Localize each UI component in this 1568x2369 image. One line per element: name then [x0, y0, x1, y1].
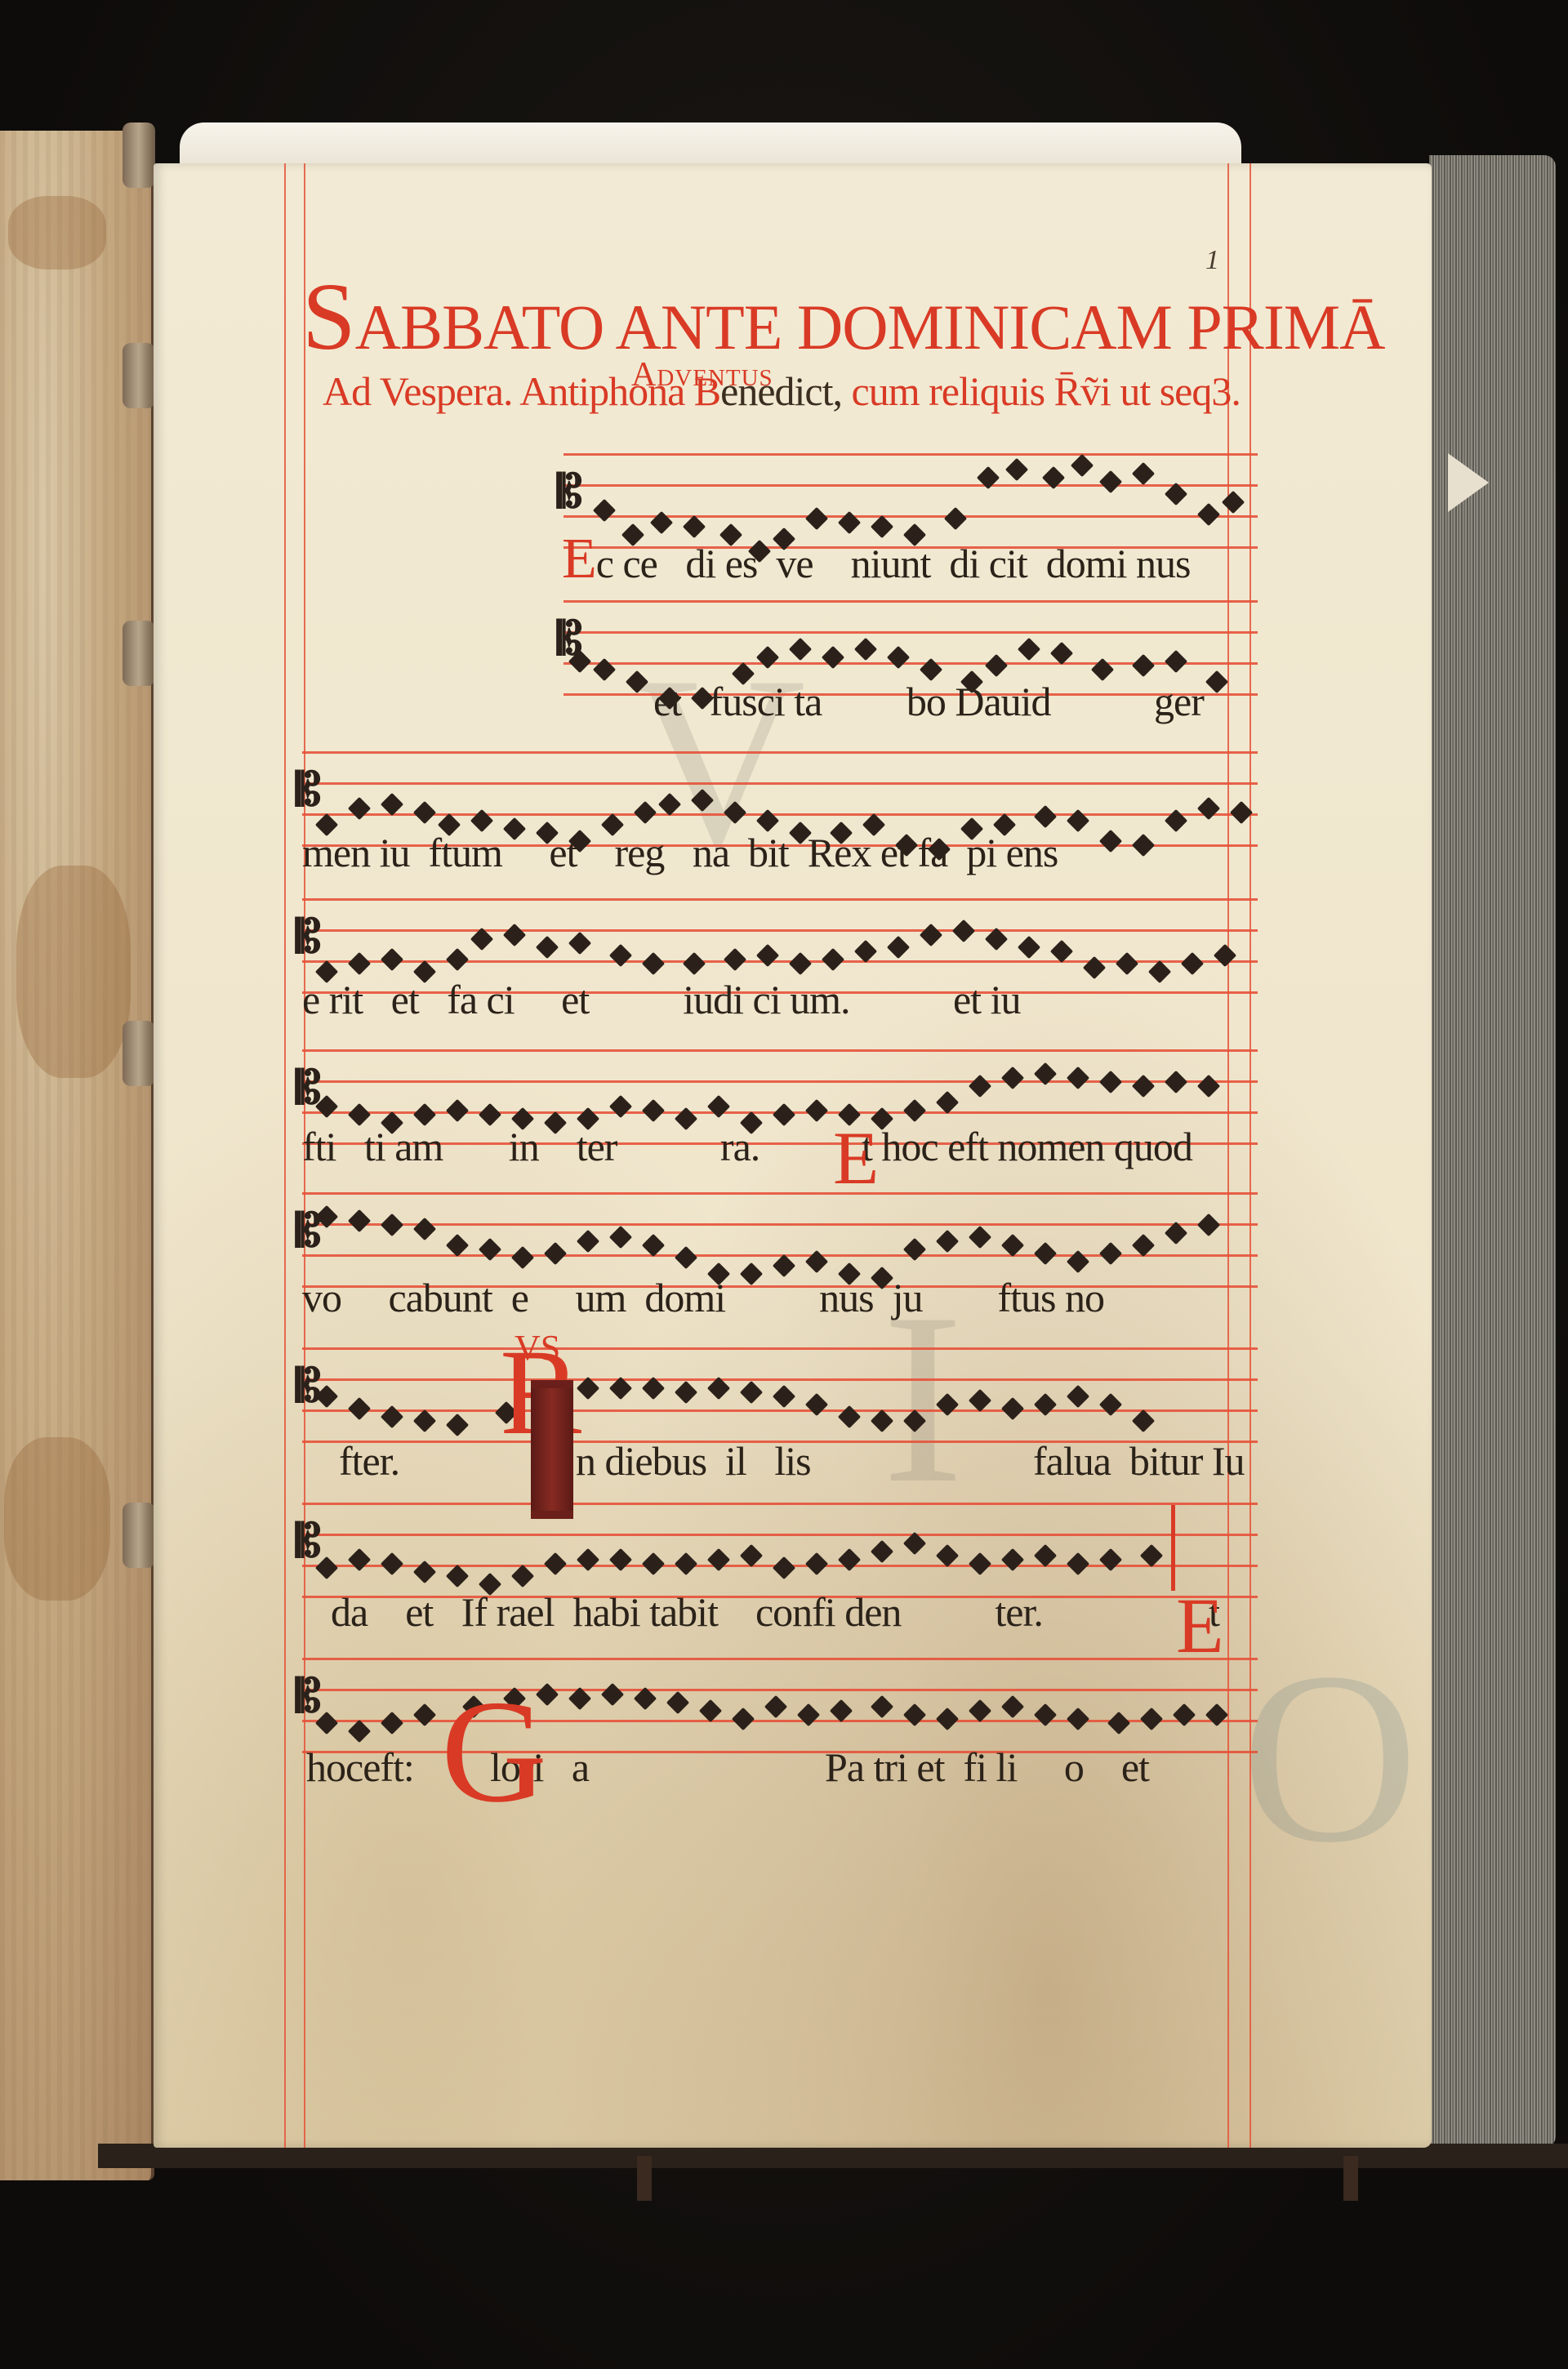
- neume-note: [1099, 1548, 1122, 1571]
- lyric-text: vo cabunt e um domi nus ju ftus no: [302, 1275, 1104, 1320]
- section-bar-red: [1171, 1505, 1175, 1591]
- neume-note: [903, 1238, 926, 1261]
- neume-note: [969, 1552, 991, 1575]
- neume-note: [675, 1381, 697, 1404]
- staff-line: [563, 453, 1258, 456]
- rubric-suffix: cum reliquis R̄ṽi ut seq3.: [842, 368, 1241, 414]
- neume-note: [381, 948, 403, 971]
- cradle-peg: [1343, 2156, 1358, 2201]
- neume-note: [1107, 1712, 1130, 1734]
- neume-note: [1067, 1066, 1089, 1089]
- neume-note: [544, 1552, 567, 1575]
- rubric-mid: espera. Antiphona B: [403, 368, 720, 414]
- neume-note: [822, 646, 844, 669]
- spine-headband: [122, 122, 155, 188]
- neume-note: [609, 944, 632, 967]
- neume-note: [1018, 936, 1040, 959]
- neume-note: [658, 793, 681, 816]
- lyric-text: e rit et fa ci et iudi ci um. et iu: [302, 977, 1020, 1022]
- staff-line: [563, 600, 1258, 603]
- neume-note: [1099, 1071, 1122, 1093]
- neume-note: [732, 1708, 755, 1730]
- lyric-line: Pa tri et fi li o et: [825, 1743, 1149, 1791]
- lyric-line: n diebus il lis: [576, 1437, 811, 1485]
- neume-note: [1148, 960, 1171, 983]
- staff-line: [302, 782, 1258, 785]
- neume-note: [1165, 1071, 1187, 1093]
- lyric-text: falua bitur Iu: [1033, 1438, 1245, 1484]
- neume-note: [479, 1238, 501, 1261]
- neume-note: [1132, 1409, 1155, 1432]
- neume-note: [936, 1230, 959, 1253]
- neume-note: [903, 1703, 926, 1726]
- staff-line: [302, 1223, 1258, 1226]
- neume-note: [1132, 1234, 1155, 1257]
- neume-note: [348, 952, 371, 975]
- neume-note: [1205, 670, 1228, 693]
- neume-note: [936, 1091, 959, 1114]
- neume-note: [1099, 470, 1122, 493]
- neume-note: [936, 1544, 959, 1567]
- staff-line: [302, 929, 1258, 932]
- neume-note: [773, 1103, 795, 1126]
- neume-note: [1197, 503, 1220, 526]
- neume-note: [577, 1230, 599, 1253]
- neume-note: [920, 924, 942, 946]
- neume-note: [634, 801, 657, 824]
- lyric-line: Ec ce di es ve niunt di cit domi nus: [562, 527, 1190, 592]
- neume-note: [536, 936, 559, 959]
- title-text: ABBATO ANTE DOMINICAM PRIMĀ: [355, 292, 1385, 363]
- spine-band: [122, 621, 155, 686]
- neume-note: [446, 948, 469, 971]
- neume-note: [1140, 1708, 1163, 1730]
- neume-note: [1165, 650, 1187, 673]
- lyric-line: da et If rael habi tabit confi den ter.: [331, 1588, 1043, 1636]
- neume-note: [969, 1226, 991, 1249]
- verse-initial-I: [531, 1380, 573, 1519]
- cover-stain: [4, 1437, 110, 1601]
- page-title: SABBATO ANTE DOMINICAM PRIMĀ: [302, 261, 1282, 372]
- neume-note: [1018, 638, 1040, 661]
- neume-note: [1001, 1234, 1024, 1257]
- lyric-line: fti ti am in ter ra.: [302, 1123, 759, 1170]
- lyric-text: da et If rael habi tabit confi den ter.: [331, 1589, 1043, 1635]
- neume-note: [699, 1699, 722, 1722]
- neume-note: [1099, 830, 1122, 853]
- neume-note: [381, 1552, 403, 1575]
- lyric-line: vo cabunt e um domi nus ju ftus no: [302, 1274, 1104, 1321]
- staff-line: [302, 1347, 1258, 1350]
- lyric-text: hoceft:: [306, 1744, 414, 1790]
- spine-band: [122, 1021, 155, 1086]
- neume-note: [1132, 654, 1155, 677]
- neume-note: [773, 1385, 795, 1408]
- neume-note: [381, 793, 403, 816]
- neume-note: [854, 638, 877, 661]
- lyric-line: falua bitur Iu: [1033, 1437, 1245, 1485]
- cover-stain: [8, 196, 106, 269]
- lyric-initial: E: [562, 528, 596, 590]
- neume-note: [577, 1548, 599, 1571]
- neume-note: [707, 1548, 730, 1571]
- neume-note: [952, 920, 975, 942]
- neume-note: [1067, 1552, 1089, 1575]
- neume-note: [1034, 1393, 1057, 1416]
- margin-rule-left: [284, 163, 286, 2148]
- neume-note: [1001, 1695, 1024, 1718]
- neume-note: [830, 1699, 853, 1722]
- clef-icon: 𝄡: [296, 768, 321, 813]
- clef-icon: 𝄡: [296, 1519, 321, 1565]
- neume-note: [740, 1544, 763, 1567]
- neume-note: [871, 1409, 893, 1432]
- cradle-peg: [637, 2156, 652, 2201]
- neume-note: [381, 1213, 403, 1236]
- spine-band: [122, 1503, 155, 1568]
- et-initial-red: E: [833, 1115, 879, 1201]
- neume-note: [446, 1414, 469, 1436]
- neume-note: [1132, 1075, 1155, 1098]
- neume-note: [887, 936, 910, 959]
- lyric-line: e rit et fa ci et iudi ci um. et iu: [302, 976, 1020, 1023]
- lyric-line: et fusci ta bo Dauid ger: [653, 678, 1204, 725]
- neume-note: [1132, 834, 1155, 857]
- neume-note: [1222, 491, 1245, 514]
- neume-note: [871, 1540, 893, 1563]
- lyric-line: men iu ftum et reg na bit Rex et fa pi e…: [302, 829, 1058, 876]
- rubric-benedict: enedict,: [720, 368, 842, 414]
- neume-note: [642, 1552, 665, 1575]
- neume-note: [1034, 805, 1057, 828]
- neume-note: [805, 1099, 828, 1122]
- lyric-text: n diebus il lis: [576, 1438, 811, 1484]
- neume-note: [1071, 454, 1094, 477]
- rubric-prefix: Ad V: [323, 368, 403, 414]
- lyric-text: men iu ftum et reg na bit Rex et fa pi e…: [302, 830, 1058, 875]
- neume-note: [822, 948, 844, 971]
- staff-line: [302, 1503, 1258, 1505]
- lyric-text: c ce di es ve niunt di cit domi nus: [596, 541, 1191, 586]
- neume-note: [626, 670, 648, 693]
- neume-note: [642, 1099, 665, 1122]
- neume-note: [1034, 1242, 1057, 1265]
- verse-mark: VS: [514, 1327, 560, 1369]
- lyric-text: fti ti am in ter ra.: [302, 1124, 759, 1169]
- lyric-text: et fusci ta bo Dauid ger: [653, 679, 1204, 724]
- neume-note: [413, 1703, 436, 1726]
- neume-note: [871, 1695, 893, 1718]
- neume-note: [969, 1075, 991, 1098]
- neume-note: [838, 1548, 861, 1571]
- page-tab-marker: [1448, 453, 1489, 512]
- lyric-line: hoceft:: [306, 1743, 414, 1791]
- neume-note: [1067, 1708, 1089, 1730]
- neume-note: [1116, 952, 1138, 975]
- neume-note: [707, 1095, 730, 1118]
- rubric-line: Ad Vespera. Antiphona Benedict, cum reli…: [323, 367, 1241, 415]
- neume-note: [348, 1720, 371, 1743]
- staff-line: [302, 1192, 1258, 1195]
- neume-note: [666, 1691, 689, 1714]
- neume-note: [789, 638, 812, 661]
- neume-note: [724, 948, 746, 971]
- neume-note: [1197, 797, 1220, 820]
- neume-note: [1050, 940, 1073, 963]
- neume-note: [1197, 1075, 1220, 1098]
- neume-note: [511, 1565, 534, 1587]
- neume-note: [446, 1565, 469, 1587]
- neume-note: [1034, 1544, 1057, 1567]
- neume-note: [903, 1099, 926, 1122]
- neume-note: [446, 1099, 469, 1122]
- neume-note: [1001, 1066, 1024, 1089]
- staff-line: [563, 484, 1258, 487]
- neume-note: [503, 924, 526, 946]
- cover-stain: [16, 866, 131, 1078]
- neume-note: [568, 932, 591, 955]
- neume-note: [797, 1703, 820, 1726]
- neume-note: [1214, 944, 1236, 967]
- neume-note: [601, 1683, 624, 1706]
- neume-note: [675, 1246, 697, 1269]
- lyric-line: t hoc eft nomen quod: [862, 1123, 1192, 1170]
- lyric-text: fter.: [339, 1438, 399, 1484]
- neume-note: [887, 646, 910, 669]
- gloria-initial: G: [441, 1678, 547, 1825]
- lyric-text: t hoc eft nomen quod: [862, 1124, 1192, 1169]
- neume-note: [969, 1699, 991, 1722]
- neume-note: [1140, 1544, 1163, 1567]
- neume-note: [691, 789, 714, 812]
- neume-note: [740, 1381, 763, 1404]
- neume-note: [348, 1209, 371, 1232]
- et-initial-red-2: E: [1176, 1580, 1224, 1671]
- neume-note: [764, 1695, 787, 1718]
- neume-note: [773, 1556, 795, 1579]
- clef-icon: 𝄡: [557, 470, 582, 515]
- neume-note: [1005, 458, 1028, 481]
- neume-note: [593, 499, 616, 522]
- staff-line: [302, 1534, 1258, 1536]
- spine-band: [122, 343, 155, 408]
- staff-line: [302, 751, 1258, 754]
- clef-icon: 𝄡: [296, 1364, 321, 1409]
- neume-note: [348, 797, 371, 820]
- staff-line: [563, 631, 1258, 634]
- neume-note: [1001, 1548, 1024, 1571]
- neume-note: [413, 801, 436, 824]
- neume-note: [1205, 1703, 1228, 1726]
- neume-note: [446, 1234, 469, 1257]
- neume-note: [1099, 1242, 1122, 1265]
- neume-note: [1001, 1397, 1024, 1420]
- neume-note: [683, 952, 706, 975]
- neume-note: [789, 952, 812, 975]
- staff-line: [302, 1378, 1258, 1381]
- clef-icon: 𝄡: [296, 1674, 321, 1720]
- neume-note: [1230, 801, 1253, 824]
- neume-note: [675, 1552, 697, 1575]
- neume-note: [609, 1095, 632, 1118]
- neume-note: [1067, 1385, 1089, 1408]
- neume-note: [348, 1397, 371, 1420]
- neume-note: [609, 1548, 632, 1571]
- neume-note: [544, 1242, 567, 1265]
- neume-note: [511, 1246, 534, 1269]
- staff-line: [302, 960, 1258, 963]
- show-through-letter: O: [1241, 1617, 1419, 1899]
- neume-note: [903, 1409, 926, 1432]
- neume-note: [1034, 1703, 1057, 1726]
- neume-note: [348, 1548, 371, 1571]
- title-initial: S: [302, 263, 355, 370]
- neume-note: [1181, 952, 1204, 975]
- staff-line: [302, 898, 1258, 901]
- lyric-text: Pa tri et fi li o et: [825, 1744, 1149, 1790]
- neume-note: [936, 1393, 959, 1416]
- neume-note: [1197, 1213, 1220, 1236]
- neume-note: [969, 1389, 991, 1412]
- neume-note: [642, 1234, 665, 1257]
- neume-note: [1050, 642, 1073, 665]
- neume-note: [936, 1708, 959, 1730]
- neume-note: [854, 940, 877, 963]
- neume-note: [413, 1409, 436, 1432]
- neume-note: [756, 646, 779, 669]
- book-cover-left: [0, 131, 154, 2180]
- neume-note: [642, 952, 665, 975]
- neume-note: [805, 1552, 828, 1575]
- staff-line: [302, 1658, 1258, 1660]
- neume-note: [805, 1393, 828, 1416]
- neume-note: [1132, 462, 1155, 485]
- neume-note: [985, 654, 1008, 677]
- neume-note: [1173, 1703, 1196, 1726]
- staff-line: [302, 1049, 1258, 1052]
- neume-note: [609, 1226, 632, 1249]
- neume-note: [756, 944, 779, 967]
- neume-note: [381, 1712, 403, 1734]
- neume-note: [1099, 1393, 1122, 1416]
- neume-note: [724, 801, 746, 824]
- clef-icon: 𝄡: [296, 915, 321, 960]
- lyric-line: fter.: [339, 1437, 399, 1485]
- neume-note: [413, 1218, 436, 1240]
